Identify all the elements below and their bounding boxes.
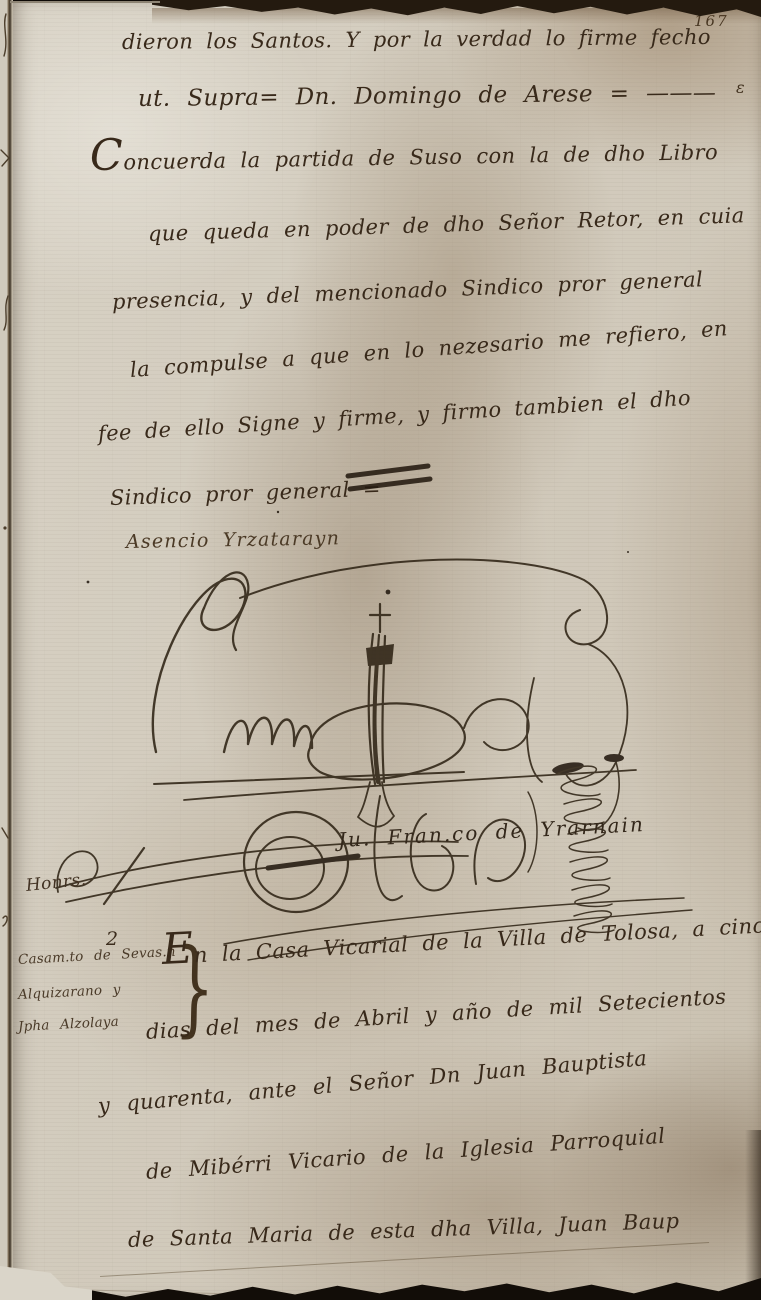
torn-edge-right <box>745 1130 761 1300</box>
text-line: dieron los Santos. Y por la verdad lo fi… <box>122 25 711 54</box>
torn-edge-smear <box>152 8 761 24</box>
edge-flourish-mark: ɛ <box>736 78 745 97</box>
gutter-ink-marks-icon <box>0 0 16 1300</box>
page-edge-line <box>10 1 160 3</box>
notarial-sign-rubric <box>28 452 708 972</box>
manuscript-scan: 167 ɛ dieron los Santos. Y por la verdad… <box>0 0 761 1300</box>
